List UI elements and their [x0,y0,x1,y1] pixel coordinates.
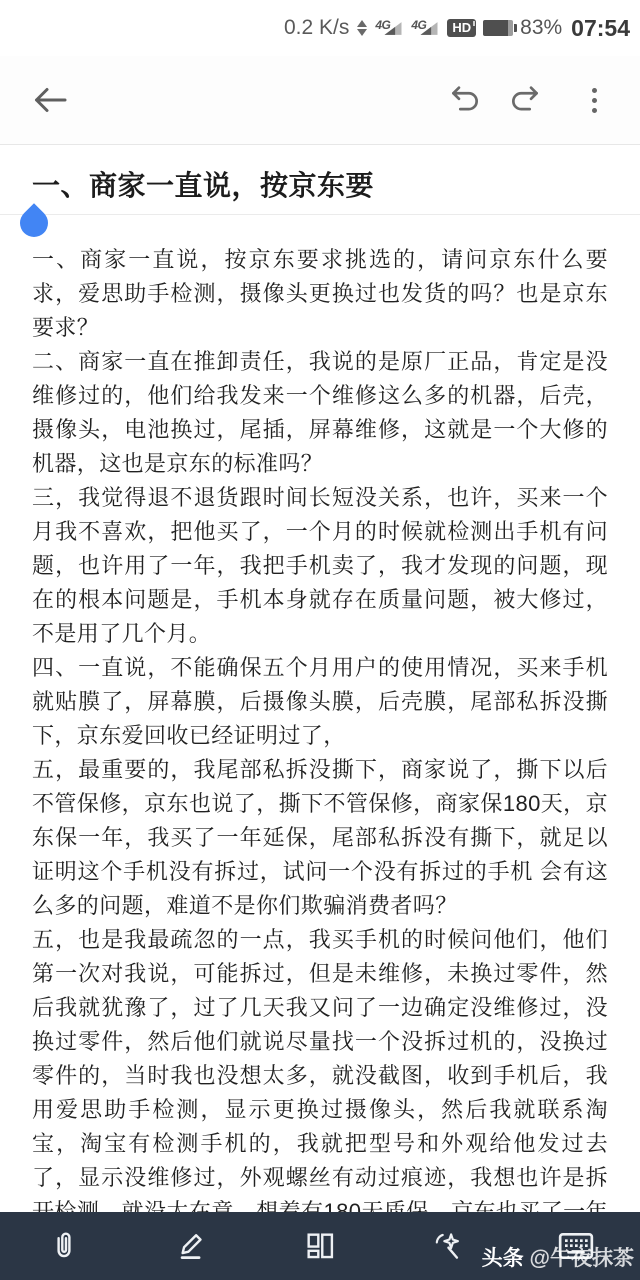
keyboard-icon [556,1229,596,1263]
paragraph: 五，最重要的，我尾部私拆没撕下，商家说了，撕下以后不管保修，京东也说了，撕下不管… [32,753,608,923]
overflow-menu-button[interactable] [572,78,616,122]
magic-wand-button[interactable] [420,1218,476,1274]
edit-pencil-icon [175,1229,209,1263]
editor-toolbar [0,56,640,145]
signal-sim2-icon: 4G [411,20,440,37]
keyboard-button[interactable] [548,1218,604,1274]
undo-button[interactable] [444,78,488,122]
back-button[interactable] [28,78,72,122]
network-arrows-icon [357,20,367,36]
edit-button[interactable] [164,1218,220,1274]
layout-icon [303,1229,337,1263]
bottom-toolbar: 头条 @午夜抹茶 [0,1212,640,1280]
hd-volte-icon: HD [447,19,476,37]
paragraph: 三，我觉得退不退货跟时间长短没关系，也许，买来一个月我不喜欢，把他买了，一个月的… [32,481,608,651]
back-arrow-icon [32,86,68,114]
attachment-button[interactable] [36,1218,92,1274]
paragraph: 五，也是我最疏忽的一点，我买手机的时候问他们，他们第一次对我说，可能拆过，但是未… [32,923,608,1212]
battery-percent: 83% [520,16,562,40]
text-cursor-handle[interactable] [14,203,54,243]
redo-button[interactable] [502,78,546,122]
screen: 0.2 K/s 4G 4G HD 83% 07:54 [0,0,640,1280]
paragraph: 四、一直说，不能确保五个月用户的使用情况，买来手机就贴膜了，屏幕膜，后摄像头膜，… [32,651,608,753]
status-bar: 0.2 K/s 4G 4G HD 83% 07:54 [0,0,640,56]
network-speed: 0.2 K/s [284,16,349,40]
battery-icon [483,20,513,36]
layout-button[interactable] [292,1218,348,1274]
clock: 07:54 [571,15,630,42]
undo-icon [448,82,484,118]
attachment-icon [47,1229,81,1263]
redo-icon [506,82,542,118]
magic-wand-icon [431,1229,465,1263]
signal-triangle-icon [382,20,404,37]
document-body[interactable]: 一、商家一直说，按京东要求挑选的，请问京东什么要求，爱思助手检测，摄像头更换过也… [32,243,608,1212]
signal-sim1-icon: 4G [375,20,404,37]
paragraph: 二、商家一直在推卸责任，我说的是原厂正品，肯定是没维修过的，他们给我发来一个维修… [32,345,608,481]
title-divider [0,214,640,215]
paragraph: 一、商家一直说，按京东要求挑选的，请问京东什么要求，爱思助手检测，摄像头更换过也… [32,243,608,345]
signal-triangle-icon [418,20,440,37]
document-title[interactable]: 一、商家一直说，按京东要 [32,168,608,204]
kebab-menu-icon [592,88,597,113]
document-canvas[interactable]: 一、商家一直说，按京东要 一、商家一直说，按京东要求挑选的，请问京东什么要求，爱… [0,145,640,1212]
